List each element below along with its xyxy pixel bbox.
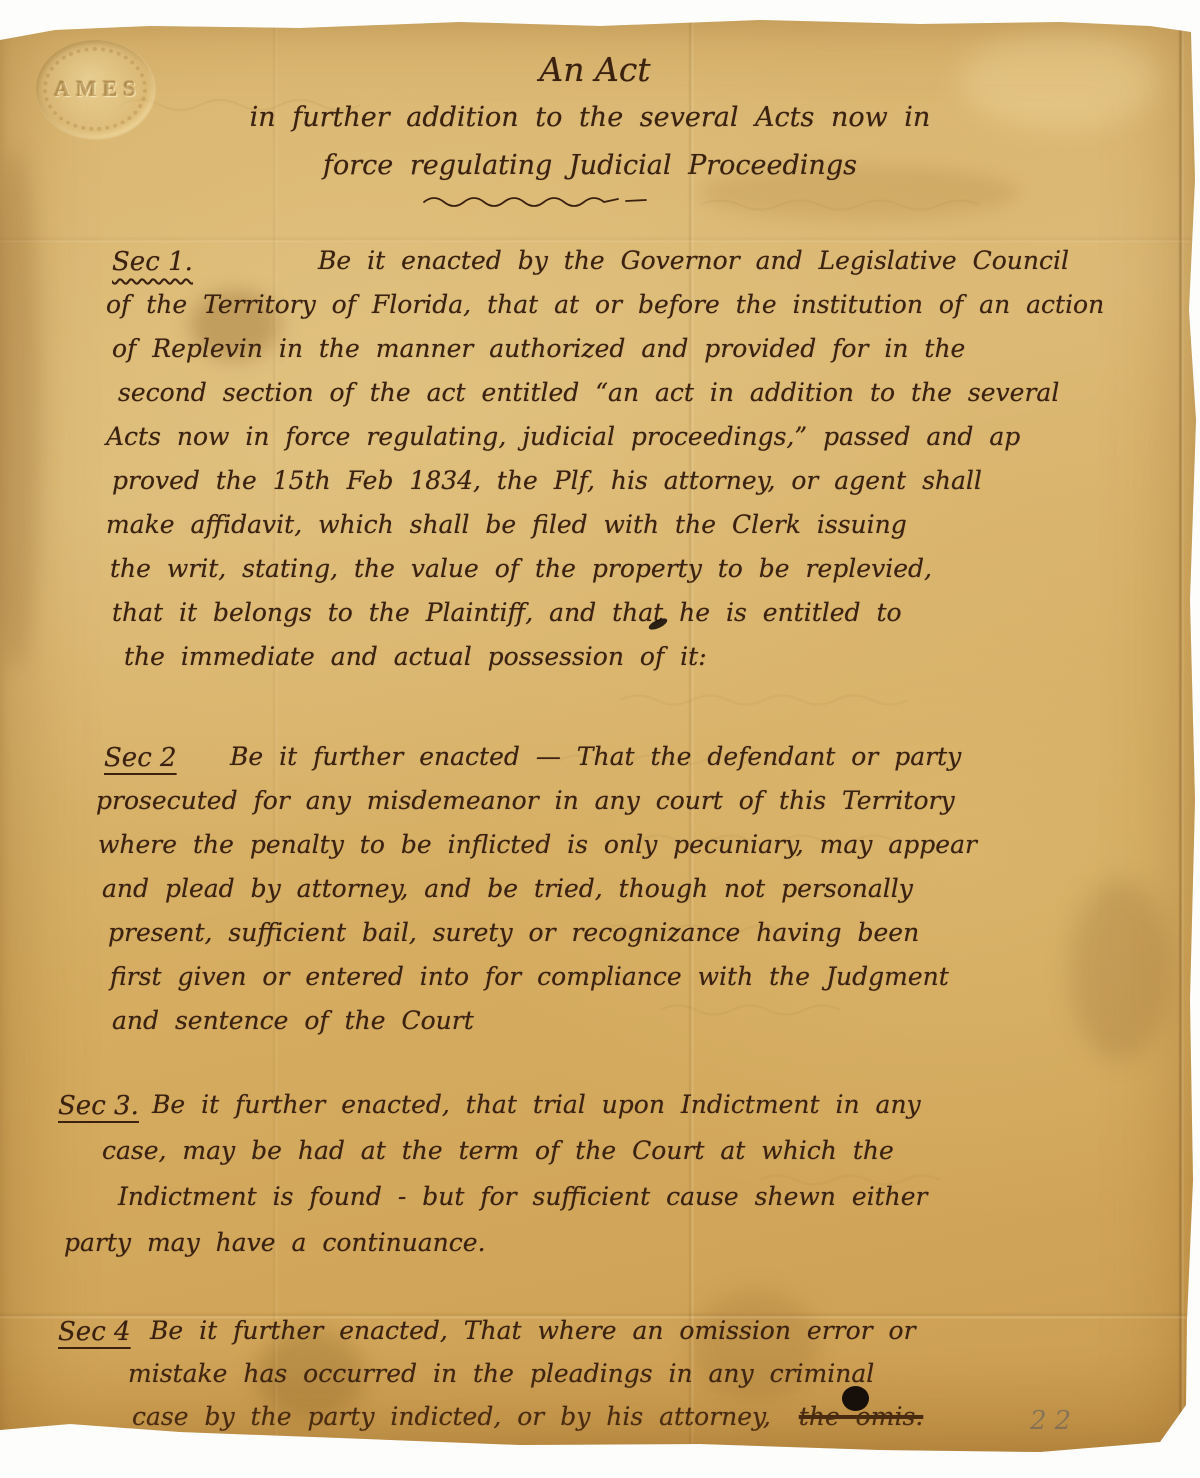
manuscript-line: of the Territory of Florida, that at or … <box>106 290 1200 334</box>
manuscript-page: AMES An Act in further addition to the s… <box>0 0 1200 1478</box>
scanned-document: AMES An Act in further addition to the s… <box>0 0 1200 1478</box>
manuscript-line: Be it enacted by the Governor and Legisl… <box>318 246 1200 290</box>
ink-blot <box>664 18 668 22</box>
manuscript-line: and sentence of the Court <box>112 1006 1200 1050</box>
section-heading: Sec 3. <box>58 1091 139 1121</box>
manuscript-line: first given or entered into for complian… <box>110 962 1200 1006</box>
manuscript-line: Be it further enacted — That the defenda… <box>230 742 1200 786</box>
document-subtitle-line: in further addition to the several Acts … <box>0 102 1180 133</box>
manuscript-line: mistake has occurred in the pleadings in… <box>128 1359 1200 1402</box>
manuscript-line: Indictment is found - but for sufficient… <box>118 1182 1200 1228</box>
ink-blot <box>594 0 634 22</box>
manuscript-line: second section of the act entitled “an a… <box>118 378 1200 422</box>
document-subtitle-line: force regulating Judicial Proceedings <box>0 150 1180 181</box>
manuscript-line: present, sufficient bail, surety or reco… <box>108 918 1200 962</box>
ink-blot <box>641 14 647 19</box>
flourish-divider <box>420 192 688 210</box>
manuscript-line: the immediate and actual possession of i… <box>124 642 1200 686</box>
manuscript-line-text: case by the party indicted, or by his at… <box>132 1402 771 1431</box>
section-2: Sec 2 Be it further enacted — That the d… <box>0 742 1200 1050</box>
section-heading: Sec 4 <box>58 1317 131 1347</box>
manuscript-line: and plead by attorney, and be tried, tho… <box>102 874 1200 918</box>
manuscript-line: of Replevin in the manner authorized and… <box>112 334 1200 378</box>
document-title: An Act <box>0 50 1190 89</box>
manuscript-line: Acts now in force regulating, judicial p… <box>106 422 1200 466</box>
section-4: Sec 4 Be it further enacted, That where … <box>0 1316 1200 1445</box>
section-1: Sec 1. Be it enacted by the Governor and… <box>0 246 1200 686</box>
page-number-pencil: 22 <box>1030 1406 1079 1436</box>
section-3: Sec 3. Be it further enacted, that trial… <box>0 1090 1200 1274</box>
manuscript-line: prosecuted for any misdemeanor in any co… <box>96 786 1200 830</box>
manuscript-line: proved the 15th Feb 1834, the Plf, his a… <box>112 466 1200 510</box>
manuscript-line: where the penalty to be inflicted is onl… <box>98 830 1200 874</box>
section-heading: Sec 1. <box>112 247 193 277</box>
manuscript-line: Be it further enacted, that trial upon I… <box>152 1090 1200 1136</box>
manuscript-line: party may have a continuance. <box>64 1228 1200 1274</box>
manuscript-line: make affidavit, which shall be filed wit… <box>106 510 1200 554</box>
manuscript-line: case, may be had at the term of the Cour… <box>102 1136 1200 1182</box>
section-heading: Sec 2 <box>104 743 177 773</box>
manuscript-line: the writ, stating, the value of the prop… <box>110 554 1200 598</box>
ink-blot <box>842 1386 869 1411</box>
ink-blot <box>489 2 503 14</box>
manuscript-line: Be it further enacted, That where an omi… <box>150 1316 1200 1359</box>
fold-crease <box>0 236 1200 243</box>
